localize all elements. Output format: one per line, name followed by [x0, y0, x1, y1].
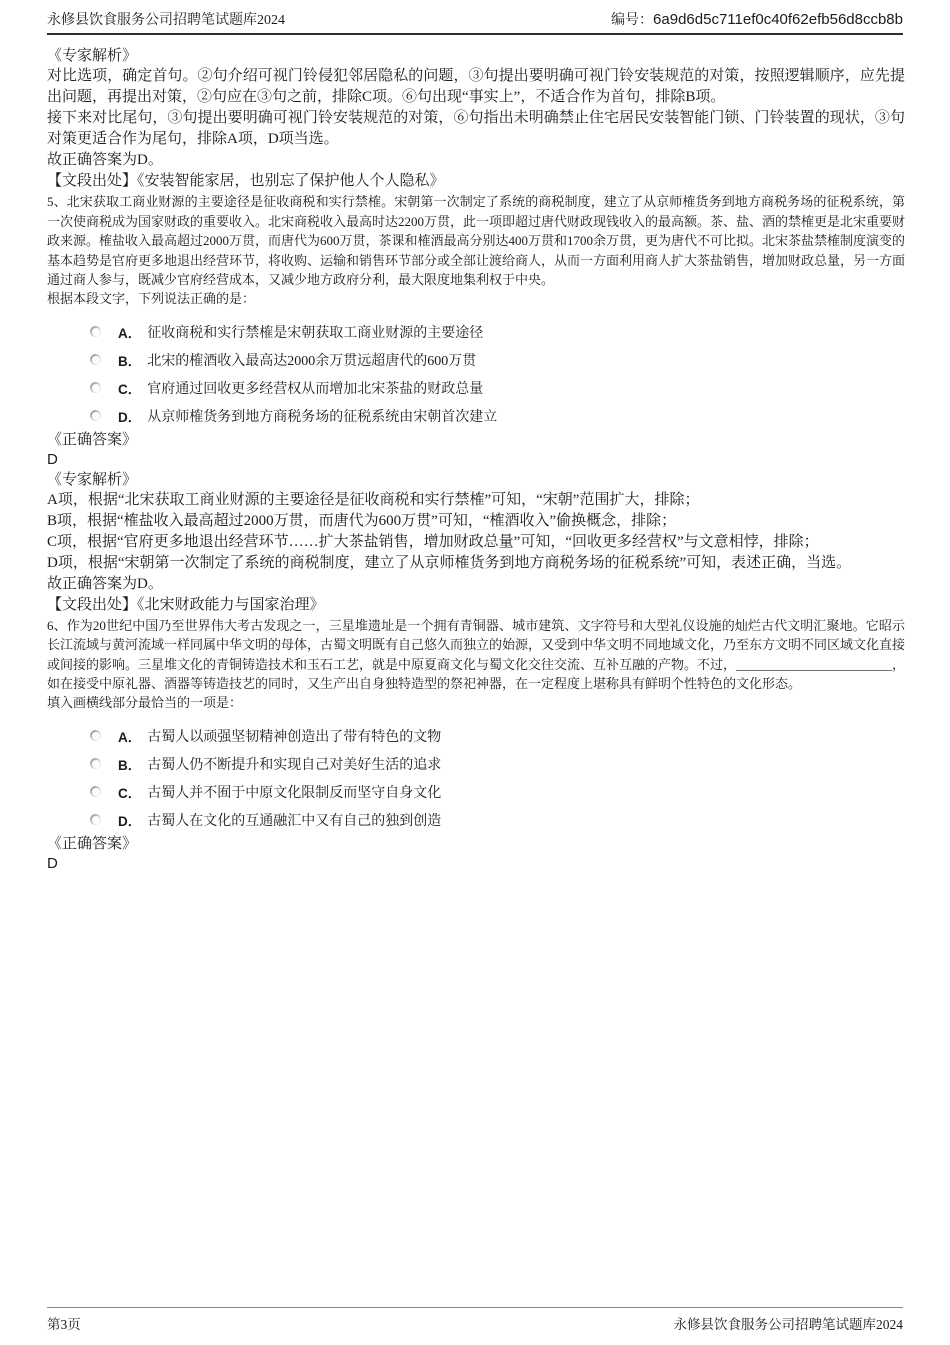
- question6-stem: 6、作为20世纪中国乃至世界伟大考古发现之一，三星堆遗址是一个拥有青铜器、城市建…: [47, 616, 905, 694]
- expert-analysis-heading: 《专家解析》: [47, 46, 905, 66]
- correct-answer-heading: 《正确答案》: [47, 834, 905, 854]
- document-page: 永修县饮食服务公司招聘笔试题库2024 编号：6a9d6d5c711ef0c40…: [0, 0, 950, 1345]
- source-citation: 【文段出处】《安装智能家居，也别忘了保护他人个人隐私》: [47, 171, 905, 192]
- option-text: 官府通过回收更多经营权从而增加北宋茶盐的财政总量: [147, 378, 483, 398]
- page-footer: 第3页 永修县饮食服务公司招聘笔试题库2024: [47, 1307, 903, 1333]
- analysis-paragraph: 接下来对比尾句，③句提出要明确可视门铃安装规范的对策，⑥句指出未明确禁止住宅居民…: [47, 108, 905, 150]
- source-citation: 【文段出处】《北宋财政能力与国家治理》: [47, 595, 905, 616]
- question6-options: A． 古蜀人以顽强坚韧精神创造出了带有特色的文物 B． 古蜀人仍不断提升和实现自…: [90, 722, 905, 834]
- option-row: C． 古蜀人并不囿于中原文化限制反而坚守自身文化: [90, 778, 905, 806]
- option-text: 古蜀人以顽强坚韧精神创造出了带有特色的文物: [147, 726, 441, 746]
- radio-button[interactable]: [90, 326, 101, 337]
- header-title: 永修县饮食服务公司招聘笔试题库2024: [47, 9, 285, 29]
- correct-answer-value: D: [47, 450, 905, 470]
- option-row: C． 官府通过回收更多经营权从而增加北宋茶盐的财政总量: [90, 374, 905, 402]
- radio-button[interactable]: [90, 758, 101, 769]
- page-header: 永修县饮食服务公司招聘笔试题库2024 编号：6a9d6d5c711ef0c40…: [47, 9, 903, 35]
- doc-number-label: 编号：: [611, 13, 653, 28]
- option-letter: C．: [118, 378, 141, 398]
- option-letter: B．: [118, 350, 141, 370]
- analysis-conclusion: 故正确答案为D。: [47, 574, 905, 595]
- question5-stem: 5、北宋获取工商业财源的主要途径是征收商税和实行禁榷。宋朝第一次制定了系统的商税…: [47, 192, 905, 290]
- expert-analysis-heading: 《专家解析》: [47, 470, 905, 490]
- doc-number: 6a9d6d5c711ef0c40f62efb56d8ccb8b: [653, 11, 903, 28]
- radio-button[interactable]: [90, 410, 101, 421]
- option-row: B． 北宋的榷酒收入最高达2000余万贯远超唐代的600万贯: [90, 346, 905, 374]
- option-text: 古蜀人并不囿于中原文化限制反而坚守自身文化: [147, 782, 441, 802]
- option-row: A． 征收商税和实行禁榷是宋朝获取工商业财源的主要途径: [90, 318, 905, 346]
- radio-button[interactable]: [90, 382, 101, 393]
- analysis-paragraph: C项，根据“官府更多地退出经营环节……扩大茶盐销售，增加财政总量”可知，“回收更…: [47, 532, 905, 553]
- option-text: 从京师榷货务到地方商税务场的征税系统由宋朝首次建立: [147, 406, 497, 426]
- question6-prompt: 填入画横线部分最恰当的一项是：: [47, 694, 905, 712]
- question5-options: A． 征收商税和实行禁榷是宋朝获取工商业财源的主要途径 B． 北宋的榷酒收入最高…: [90, 318, 905, 430]
- option-text: 北宋的榷酒收入最高达2000余万贯远超唐代的600万贯: [147, 350, 476, 370]
- option-text: 征收商税和实行禁榷是宋朝获取工商业财源的主要途径: [147, 322, 483, 342]
- document-content: 《专家解析》 对比选项，确定首句。②句介绍可视门铃侵犯邻居隐私的问题，③句提出要…: [47, 46, 905, 874]
- option-letter: D．: [118, 810, 141, 830]
- option-text: 古蜀人在文化的互通融汇中又有自己的独到创造: [147, 810, 441, 830]
- correct-answer-heading: 《正确答案》: [47, 430, 905, 450]
- option-letter: C．: [118, 782, 141, 802]
- option-letter: A．: [118, 726, 141, 746]
- header-doc-number-group: 编号：6a9d6d5c711ef0c40f62efb56d8ccb8b: [611, 9, 903, 29]
- option-row: B． 古蜀人仍不断提升和实现自己对美好生活的追求: [90, 750, 905, 778]
- option-letter: B．: [118, 754, 141, 774]
- option-letter: D．: [118, 406, 141, 426]
- analysis-paragraph: A项，根据“北宋获取工商业财源的主要途径是征收商税和实行禁榷”可知，“宋朝”范围…: [47, 490, 905, 511]
- footer-page-number: 第3页: [47, 1313, 81, 1333]
- radio-button[interactable]: [90, 786, 101, 797]
- option-letter: A．: [118, 322, 141, 342]
- analysis-conclusion: 故正确答案为D。: [47, 150, 905, 171]
- analysis-paragraph: 对比选项，确定首句。②句介绍可视门铃侵犯邻居隐私的问题，③句提出要明确可视门铃安…: [47, 66, 905, 108]
- footer-title: 永修县饮食服务公司招聘笔试题库2024: [674, 1313, 904, 1333]
- option-row: D． 从京师榷货务到地方商税务场的征税系统由宋朝首次建立: [90, 402, 905, 430]
- question5-prompt: 根据本段文字，下列说法正确的是：: [47, 290, 905, 308]
- radio-button[interactable]: [90, 354, 101, 365]
- option-row: D． 古蜀人在文化的互通融汇中又有自己的独到创造: [90, 806, 905, 834]
- analysis-paragraph: B项，根据“榷盐收入最高超过2000万贯，而唐代为600万贯”可知，“榷酒收入”…: [47, 511, 905, 532]
- correct-answer-value: D: [47, 854, 905, 874]
- option-row: A． 古蜀人以顽强坚韧精神创造出了带有特色的文物: [90, 722, 905, 750]
- option-text: 古蜀人仍不断提升和实现自己对美好生活的追求: [147, 754, 441, 774]
- radio-button[interactable]: [90, 730, 101, 741]
- analysis-paragraph: D项，根据“宋朝第一次制定了系统的商税制度，建立了从京师榷货务到地方商税务场的征…: [47, 553, 905, 574]
- radio-button[interactable]: [90, 814, 101, 825]
